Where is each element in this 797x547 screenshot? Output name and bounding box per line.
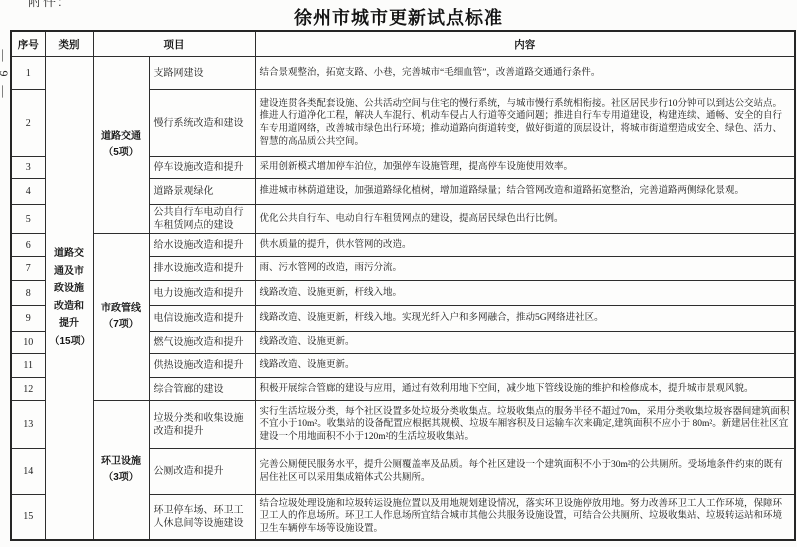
content-cell: 线路改造、设施更新。 bbox=[255, 332, 795, 354]
content-cell: 实行生活垃圾分类，每个社区设置多处垃圾分类收集点。垃圾收集点的服务半径不超过70… bbox=[255, 401, 795, 449]
row-index: 12 bbox=[11, 378, 45, 401]
row-index: 11 bbox=[11, 354, 45, 378]
project-cell: 燃气设施改造和提升 bbox=[149, 332, 255, 354]
project-cell: 电信设施改造和提升 bbox=[149, 306, 255, 332]
row-index: 6 bbox=[11, 234, 45, 257]
content-cell: 线路改造、设施更新。 bbox=[255, 354, 795, 378]
content-cell: 结合垃圾处理设施和垃圾转运设施位置以及用地规划建设情况，落实环卫设施停放用地。努… bbox=[255, 495, 795, 540]
content-cell: 雨、污水管网的改造，雨污分流。 bbox=[255, 257, 795, 281]
row-index: 15 bbox=[11, 495, 45, 540]
content-cell: 采用创新模式增加停车泊位，加强停车设施管理，提高停车设施使用效率。 bbox=[255, 157, 795, 179]
project-cell: 环卫停车场、环卫工人休息间等设施建设 bbox=[149, 495, 255, 540]
content-cell: 供水质量的提升，供水管网的改造。 bbox=[255, 234, 795, 257]
content-cell: 线路改造、设施更新，杆线入地。实现光纤入户和多网融合，推动5G网络进社区。 bbox=[255, 306, 795, 332]
document-page: 附件: — 9 — 徐州市城市更新试点标准 序号 类别 项目 内容 1道路交通及… bbox=[0, 0, 797, 547]
row-index: 9 bbox=[11, 306, 45, 332]
row-index: 2 bbox=[11, 90, 45, 157]
table-row: 1道路交通及市政设施改造和提升（15项）道路交通（5项）支路网建设结合景观整治，… bbox=[11, 57, 795, 90]
project-cell: 停车设施改造和提升 bbox=[149, 157, 255, 179]
row-index: 5 bbox=[11, 205, 45, 234]
group-cell: 市政管线（7项） bbox=[93, 234, 149, 401]
header-content: 内容 bbox=[255, 31, 795, 57]
standards-table: 序号 类别 项目 内容 1道路交通及市政设施改造和提升（15项）道路交通（5项）… bbox=[10, 30, 796, 541]
header-category: 类别 bbox=[45, 31, 93, 57]
content-cell: 完善公厕便民服务水平，提升公厕覆盖率及品质。每个社区建设一个建筑面积不小于30m… bbox=[255, 449, 795, 495]
project-cell: 排水设施改造和提升 bbox=[149, 257, 255, 281]
group-cell: 道路交通（5项） bbox=[93, 57, 149, 234]
row-index: 10 bbox=[11, 332, 45, 354]
content-cell: 积极开展综合管廊的建设与应用，通过有效利用地下空间，减少地下管线设施的维护和检修… bbox=[255, 378, 795, 401]
project-cell: 垃圾分类和收集设施改造和提升 bbox=[149, 401, 255, 449]
project-cell: 电力设施改造和提升 bbox=[149, 281, 255, 306]
header-index: 序号 bbox=[11, 31, 45, 57]
project-cell: 供热设施改造和提升 bbox=[149, 354, 255, 378]
project-cell: 道路景观绿化 bbox=[149, 179, 255, 205]
row-index: 1 bbox=[11, 57, 45, 90]
content-cell: 推进城市林荫道建设，加强道路绿化植树，增加道路绿量；结合管网改造和道路拓宽整治，… bbox=[255, 179, 795, 205]
project-cell: 公共自行车电动自行车租赁网点的建设 bbox=[149, 205, 255, 234]
row-index: 7 bbox=[11, 257, 45, 281]
project-cell: 公厕改造和提升 bbox=[149, 449, 255, 495]
project-cell: 给水设施改造和提升 bbox=[149, 234, 255, 257]
header-project: 项目 bbox=[93, 31, 255, 57]
table-row: 13环卫设施（3项）垃圾分类和收集设施改造和提升实行生活垃圾分类，每个社区设置多… bbox=[11, 401, 795, 449]
content-cell: 结合景观整治，拓宽支路、小巷，完善城市“毛细血管”，改善道路交通通行条件。 bbox=[255, 57, 795, 90]
project-cell: 综合管廊的建设 bbox=[149, 378, 255, 401]
header-row: 序号 类别 项目 内容 bbox=[11, 31, 795, 57]
category-cell: 道路交通及市政设施改造和提升（15项） bbox=[45, 57, 93, 540]
page-title: 徐州市城市更新试点标准 bbox=[0, 4, 797, 30]
content-cell: 线路改造、设施更新，杆线入地。 bbox=[255, 281, 795, 306]
row-index: 4 bbox=[11, 179, 45, 205]
group-cell: 环卫设施（3项） bbox=[93, 401, 149, 540]
attachment-note: 附件: bbox=[28, 0, 64, 3]
content-cell: 优化公共自行车、电动自行车租赁网点的建设，提高居民绿色出行比例。 bbox=[255, 205, 795, 234]
row-index: 13 bbox=[11, 401, 45, 449]
row-index: 14 bbox=[11, 449, 45, 495]
table-row: 6市政管线（7项）给水设施改造和提升供水质量的提升，供水管网的改造。 bbox=[11, 234, 795, 257]
row-index: 3 bbox=[11, 157, 45, 179]
content-cell: 建设连贯各类配套设施、公共活动空间与住宅的慢行系统，与城市慢行系统相衔接。社区居… bbox=[255, 90, 795, 157]
row-index: 8 bbox=[11, 281, 45, 306]
project-cell: 支路网建设 bbox=[149, 57, 255, 90]
table-body: 1道路交通及市政设施改造和提升（15项）道路交通（5项）支路网建设结合景观整治，… bbox=[11, 57, 795, 540]
project-cell: 慢行系统改造和建设 bbox=[149, 90, 255, 157]
